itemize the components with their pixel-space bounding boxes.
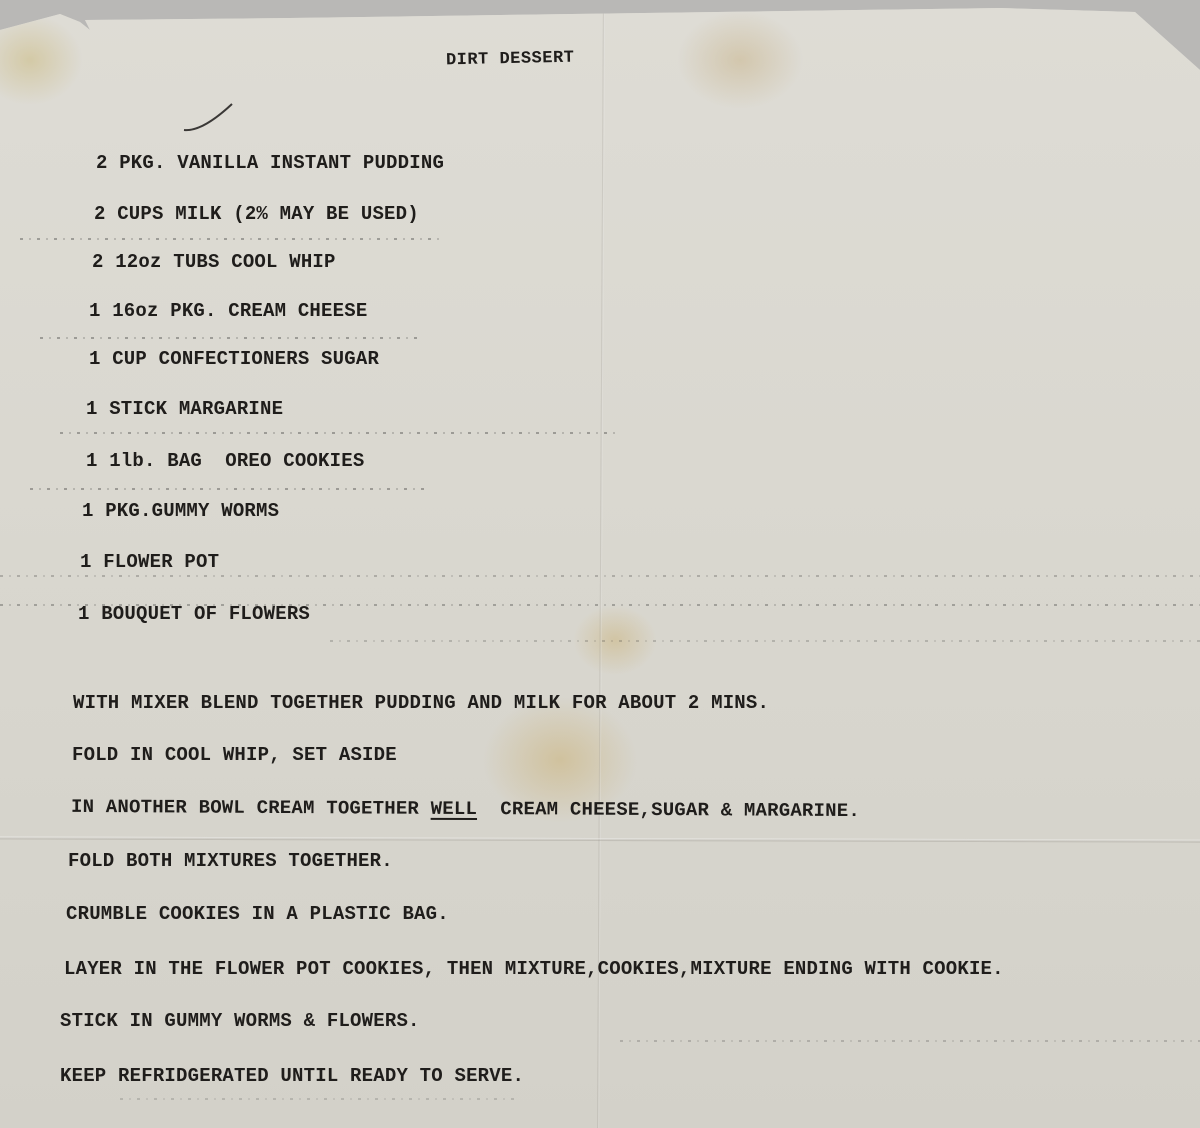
copy-streak [330, 640, 1200, 642]
ingredient-line: 1 FLOWER POT [80, 551, 219, 573]
ingredient-line: 2 PKG. VANILLA INSTANT PUDDING [96, 152, 444, 174]
ingredient-line: 1 BOUQUET OF FLOWERS [78, 603, 310, 625]
copy-streak [20, 238, 440, 240]
instruction-line: STICK IN GUMMY WORMS & FLOWERS. [60, 1010, 420, 1032]
ingredient-line: 1 1lb. BAG OREO COOKIES [86, 450, 364, 472]
instruction-line: LAYER IN THE FLOWER POT COOKIES, THEN MI… [64, 958, 1004, 980]
instruction-line: IN ANOTHER BOWL CREAM TOGETHER WELL CREA… [71, 796, 860, 822]
copy-streak [30, 488, 430, 490]
copy-streak [0, 575, 1200, 577]
instruction-line: WITH MIXER BLEND TOGETHER PUDDING AND MI… [73, 692, 769, 714]
instruction-line: CRUMBLE COOKIES IN A PLASTIC BAG. [66, 903, 449, 925]
instruction-line: FOLD BOTH MIXTURES TOGETHER. [68, 850, 393, 872]
pen-mark-icon [182, 98, 242, 138]
instruction-text: CREAM CHEESE,SUGAR & MARGARINE. [477, 798, 860, 822]
ingredient-line: 2 12oz TUBS COOL WHIP [92, 251, 336, 273]
ingredient-line: 2 CUPS MILK (2% MAY BE USED) [94, 203, 419, 225]
ingredient-line: 1 16oz PKG. CREAM CHEESE [89, 300, 367, 322]
ingredient-line: 1 PKG.GUMMY WORMS [82, 500, 279, 522]
instruction-line: KEEP REFRIDGERATED UNTIL READY TO SERVE. [60, 1065, 524, 1087]
emphasis-well: WELL [431, 798, 478, 820]
recipe-title: DIRT DESSERT [446, 49, 575, 71]
ingredient-line: 1 CUP CONFECTIONERS SUGAR [89, 348, 379, 370]
ingredient-line: 1 STICK MARGARINE [86, 398, 283, 420]
copy-streak [620, 1040, 1200, 1042]
copy-streak [40, 337, 420, 339]
instruction-line: FOLD IN COOL WHIP, SET ASIDE [72, 744, 397, 766]
recipe-sheet: DIRT DESSERT 2 PKG. VANILLA INSTANT PUDD… [0, 0, 1200, 1128]
copy-streak [60, 432, 620, 434]
instruction-text: IN ANOTHER BOWL CREAM TOGETHER [71, 796, 431, 820]
copy-streak [120, 1098, 520, 1100]
